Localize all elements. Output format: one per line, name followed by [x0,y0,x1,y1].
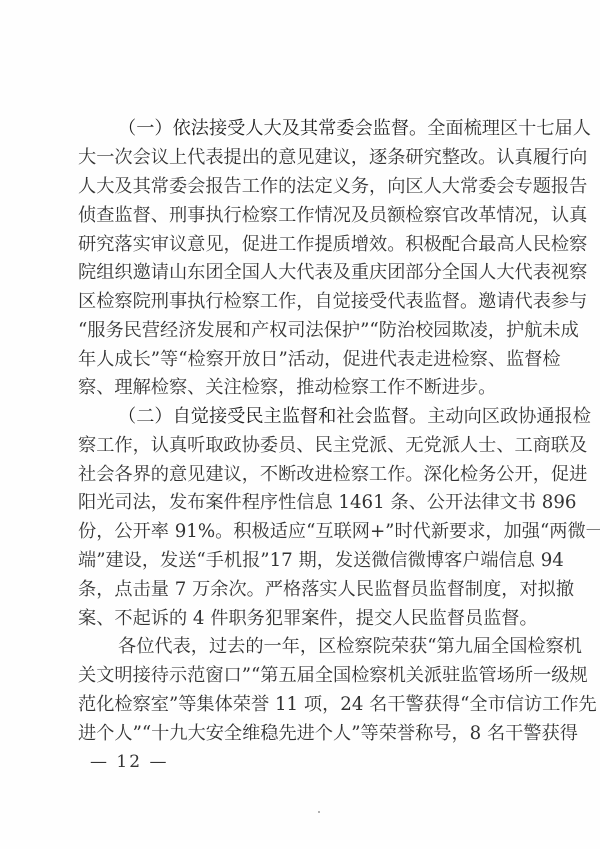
section-heading-1: （一）依法接受人大及其常委会监督。 [118,118,427,139]
paragraph-text: 全面梳理区十七届人 [427,118,591,139]
paragraph-text: 主动向区政协通报检 [427,406,591,427]
paragraph-2-line-8: 案、不起诉的 4 件职务犯罪案件，提交人民监督员监督。 [78,604,521,633]
paragraph-2-line-2: 察工作，认真听取政协委员、民主党派、无党派人士、工商联及 [78,431,521,460]
paragraph-1-line-3: 人大及其常委会报告工作的法定义务，向区人大常委会专题报告 [78,172,521,201]
paragraph-3-line-1: 各位代表，过去的一年，区检察院荣获“第九届全国检察机 [118,632,521,661]
paragraph-2-line-3: 社会各界的意见建议，不断改进检察工作。深化检务公开，促进 [78,460,521,489]
paragraph-3-line-4: 进个人”“十九大安全维稳先进个人”等荣誉称号，8 名干警获得 [78,719,521,748]
paragraph-2-line-7: 条，点击量 7 万余次。严格落实人民监督员监督制度，对拟撤 [78,575,521,604]
paragraph-1-line-10: 察、理解检察、关注检察，推动检察工作不断进步。 [78,373,521,402]
paragraph-1-line-1: （一）依法接受人大及其常委会监督。全面梳理区十七届人 [118,114,521,143]
paragraph-1-line-8: “服务民营经济发展和产权司法保护”“防治校园欺凌，护航未成 [78,316,521,345]
page-number: — 12 — [90,748,168,776]
paragraph-1-line-6: 院组织邀请山东团全国人大代表及重庆团部分全国人大代表视察 [78,258,521,287]
paragraph-3-line-2: 关文明接待示范窗口”“第五届全国检察机关派驻监管场所一级规 [78,661,521,690]
paragraph-1-line-7: 区检察院刑事执行检察工作，自觉接受代表监督。邀请代表参与 [78,287,521,316]
paragraph-1-line-4: 侦查监督、刑事执行检察工作情况及员额检察官改革情况，认真 [78,201,521,230]
paragraph-1-line-9: 年人成长”等“检察开放日”活动，促进代表走进检察、监督检 [78,345,521,374]
scan-artifact [318,811,320,813]
document-page: （一）依法接受人大及其常委会监督。全面梳理区十七届人 大一次会议上代表提出的意见… [0,0,600,849]
paragraph-1-line-5: 研究落实审议意见，促进工作提质增效。积极配合最高人民检察 [78,230,521,259]
paragraph-2-line-4: 阳光司法，发布案件程序性信息 1461 条、公开法律文书 896 [78,488,521,517]
section-heading-2: （二）自觉接受民主监督和社会监督。 [118,406,427,427]
paragraph-2-line-5: 份，公开率 91%。积极适应“互联网+”时代新要求，加强“两微一 [78,517,521,546]
paragraph-2-line-6: 端”建设，发送“手机报”17 期，发送微信微博客户端信息 94 [78,546,521,575]
paragraph-2-line-1: （二）自觉接受民主监督和社会监督。主动向区政协通报检 [118,402,521,431]
paragraph-3-line-3: 范化检察室”等集体荣誉 11 项，24 名干警获得“全市信访工作先 [78,690,521,719]
paragraph-1-line-2: 大一次会议上代表提出的意见建议，逐条研究整改。认真履行向 [78,143,521,172]
